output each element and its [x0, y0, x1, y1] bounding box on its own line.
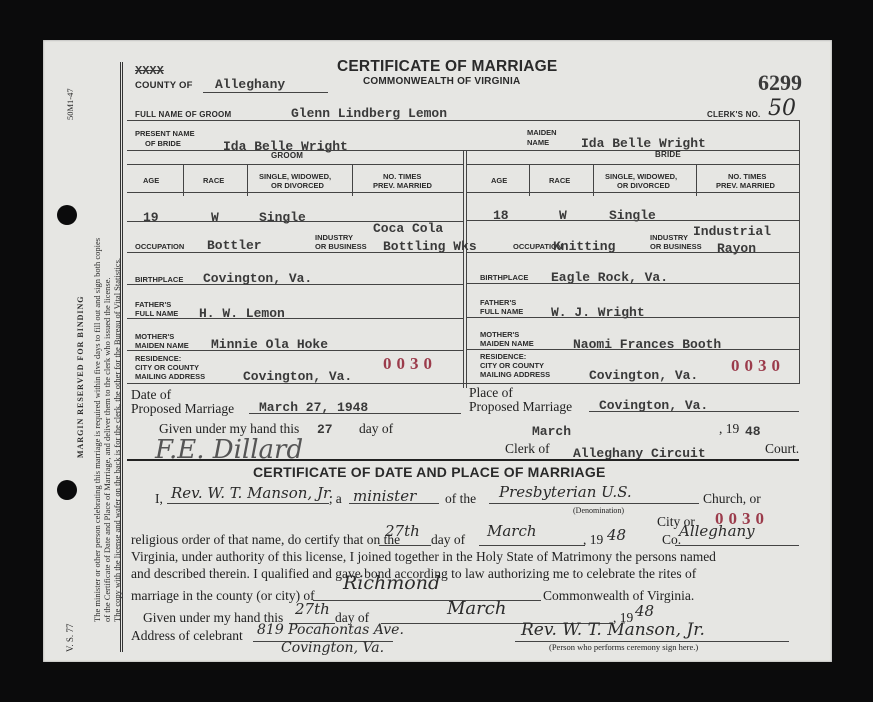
bond-city: Richmond — [343, 572, 440, 594]
bride-res-label-2: CITY OR COUNTY — [480, 361, 544, 370]
section-divider — [127, 459, 799, 461]
row-line — [127, 383, 799, 384]
row-line — [379, 545, 431, 546]
form-id: V. S. 77 — [65, 624, 75, 652]
certificate-number: 6299 — [758, 70, 802, 96]
bride-section-label: BRIDE — [655, 150, 681, 159]
bride-res-label-3: MAILING ADDRESS — [480, 370, 550, 379]
given-month: March — [532, 424, 571, 439]
officiant-name: Rev. W. T. Manson, Jr. — [171, 484, 333, 502]
row-line — [467, 220, 799, 221]
date-label-2: Proposed Marriage — [131, 401, 234, 417]
margin-instructions-1: The minister or other person celebrating… — [92, 238, 102, 622]
bond-line-prefix: marriage in the county (or city) of — [131, 588, 315, 604]
bride-industry-label-2: OR BUSINESS — [650, 242, 702, 251]
groom-mother-label-1: MOTHER'S — [135, 332, 174, 341]
church-or-label: Church, or — [703, 491, 761, 507]
binding-hole-bottom — [57, 480, 77, 500]
groom-status-label-1: SINGLE, WIDOWED, — [259, 172, 331, 181]
denomination: Presbyterian U.S. — [499, 483, 632, 501]
groom-times-label-2: PREV. MARRIED — [373, 181, 432, 190]
bride-race-label: RACE — [549, 176, 570, 185]
row-line — [589, 411, 799, 412]
bride-status-label-1: SINGLE, WIDOWED, — [605, 172, 677, 181]
groom-race: W — [211, 210, 219, 225]
certificate-section-title: CERTIFICATE OF DATE AND PLACE OF MARRIAG… — [253, 464, 606, 480]
certify-line-prefix: religious order of that name, do certify… — [131, 532, 400, 548]
bride-maiden-name: Ida Belle Wright — [581, 136, 706, 151]
signature-caption: (Person who performs ceremony sign here.… — [549, 642, 698, 652]
bride-times-label-2: PREV. MARRIED — [716, 181, 775, 190]
bride-industry-1: Industrial — [693, 224, 771, 239]
year-prefix: , 19 — [719, 421, 739, 437]
row-line — [127, 318, 463, 319]
groom-residence: Covington, Va. — [243, 369, 352, 384]
groom-section-label: GROOM — [271, 151, 303, 160]
center-divider — [463, 150, 464, 388]
county-label: COUNTY OF — [135, 80, 193, 91]
margin-rule-2 — [122, 62, 123, 652]
officiant-signature: Rev. W. T. Manson, Jr. — [521, 620, 705, 640]
marriage-year: 48 — [607, 526, 626, 544]
table-top — [127, 164, 463, 165]
certificate-subtitle: COMMONWEALTH OF VIRGINIA — [363, 76, 520, 87]
county-line — [203, 92, 328, 93]
bride-mother-label-2: MAIDEN NAME — [480, 339, 534, 348]
county-prefix-struck: XXXX — [135, 64, 164, 78]
bride-res-label-1: RESIDENCE: — [480, 352, 526, 361]
groom-res-label-3: MAILING ADDRESS — [135, 372, 205, 381]
celebrant-address-2: Covington, Va. — [281, 640, 384, 656]
clerks-no-label: CLERK'S NO. — [707, 110, 760, 119]
groom-occupation: Bottler — [207, 238, 262, 253]
groom-res-label-2: CITY OR COUNTY — [135, 363, 199, 372]
groom-marital-status: Single — [259, 210, 306, 225]
bride-industry-2: Rayon — [717, 241, 756, 256]
county-value: Alleghany — [215, 77, 285, 92]
maiden-label-1: MAIDEN — [527, 128, 557, 137]
groom-name-label: FULL NAME OF GROOM — [135, 110, 231, 119]
row-line — [249, 413, 461, 414]
row-line — [467, 283, 799, 284]
bride-industry-label-1: INDUSTRY — [650, 233, 688, 242]
bride-birthplace-label: BIRTHPLACE — [480, 273, 528, 282]
marriage-day: 27th — [385, 522, 420, 540]
present-name-label-2: OF BRIDE — [145, 139, 181, 148]
of-the-label: of the — [445, 491, 476, 507]
row-line — [127, 350, 463, 351]
bride-stamp: 0030 — [731, 356, 785, 376]
groom-status-label-2: OR DIVORCED — [271, 181, 324, 190]
cert-given-month: March — [447, 598, 506, 619]
right-frame — [799, 120, 800, 384]
place-label-2: Proposed Marriage — [469, 399, 572, 415]
row-line — [127, 120, 799, 121]
certify-year-prefix: , 19 — [583, 532, 603, 548]
table-top — [467, 164, 799, 165]
denomination-caption: (Denomination) — [573, 506, 624, 515]
groom-times-label-1: NO. TIMES — [383, 172, 421, 181]
present-name-label-1: PRESENT NAME — [135, 129, 195, 138]
row-line — [127, 284, 463, 285]
court-label: Court. — [765, 441, 799, 457]
clerk-of-label: Clerk of — [505, 441, 550, 457]
clerks-no-value: 50 — [768, 96, 796, 121]
given-day: 27 — [317, 422, 333, 437]
row-line — [313, 600, 541, 601]
groom-father-label-2: FULL NAME — [135, 309, 178, 318]
row-line — [479, 545, 585, 546]
marriage-month: March — [487, 522, 537, 540]
marriage-county: Alleghany — [679, 522, 755, 540]
day-of-label: day of — [359, 421, 393, 437]
groom-birthplace-label: BIRTHPLACE — [135, 275, 183, 284]
groom-full-name: Glenn Lindberg Lemon — [291, 106, 447, 121]
groom-mother-label-2: MAIDEN NAME — [135, 341, 189, 350]
address-label: Address of celebrant — [131, 628, 243, 644]
bride-times-label-1: NO. TIMES — [728, 172, 766, 181]
groom-res-label-1: RESIDENCE: — [135, 354, 181, 363]
given-year: 48 — [745, 424, 761, 439]
row-line — [349, 503, 439, 504]
row-line — [467, 252, 799, 253]
table-header-line — [467, 192, 799, 193]
row-line — [675, 545, 799, 546]
i-label: I, — [155, 491, 163, 507]
table-header-line — [127, 192, 463, 193]
row-line — [127, 252, 463, 253]
celebrant-address-1: 819 Pocahontas Ave. — [257, 622, 404, 638]
row-line — [167, 503, 329, 504]
margin-rule — [120, 62, 121, 652]
marriage-certificate: 50M1-47 V. S. 77 MARGIN RESERVED FOR BIN… — [43, 40, 832, 662]
certify-line-3: Virginia, under authority of this licens… — [131, 549, 716, 565]
bride-father-label-2: FULL NAME — [480, 307, 523, 316]
bride-status-label-2: OR DIVORCED — [617, 181, 670, 190]
groom-stamp: 0030 — [383, 354, 437, 374]
certificate-title: CERTIFICATE OF MARRIAGE — [337, 58, 557, 76]
bride-mother-label-1: MOTHER'S — [480, 330, 519, 339]
bride-father-label-1: FATHER'S — [480, 298, 516, 307]
groom-father-label-1: FATHER'S — [135, 300, 171, 309]
groom-age-label: AGE — [143, 176, 159, 185]
center-divider-2 — [466, 150, 467, 388]
binding-note: MARGIN RESERVED FOR BINDING — [76, 295, 86, 458]
bride-age-label: AGE — [491, 176, 507, 185]
groom-industry-1: Coca Cola — [373, 221, 443, 236]
binding-hole-top — [57, 205, 77, 225]
row-line — [467, 349, 799, 350]
maiden-label-2: NAME — [527, 138, 549, 147]
bride-residence: Covington, Va. — [589, 368, 698, 383]
cert-given-year: 48 — [635, 602, 654, 620]
bond-line-suffix: Commonwealth of Virginia. — [543, 588, 694, 604]
cert-given-day: 27th — [295, 600, 330, 618]
row-line — [467, 317, 799, 318]
groom-race-label: RACE — [203, 176, 224, 185]
groom-industry-label-1: INDUSTRY — [315, 233, 353, 242]
certify-day-of: day of — [431, 532, 465, 548]
margin-instructions-2: of the Certificate of Date and Place of … — [102, 277, 112, 622]
row-line — [489, 503, 699, 504]
groom-occupation-label: OCCUPATION — [135, 242, 184, 251]
groom-age: 19 — [143, 210, 159, 225]
form-code: 50M1-47 — [65, 88, 75, 120]
groom-industry-label-2: OR BUSINESS — [315, 242, 367, 251]
a-label: , a — [329, 491, 342, 507]
